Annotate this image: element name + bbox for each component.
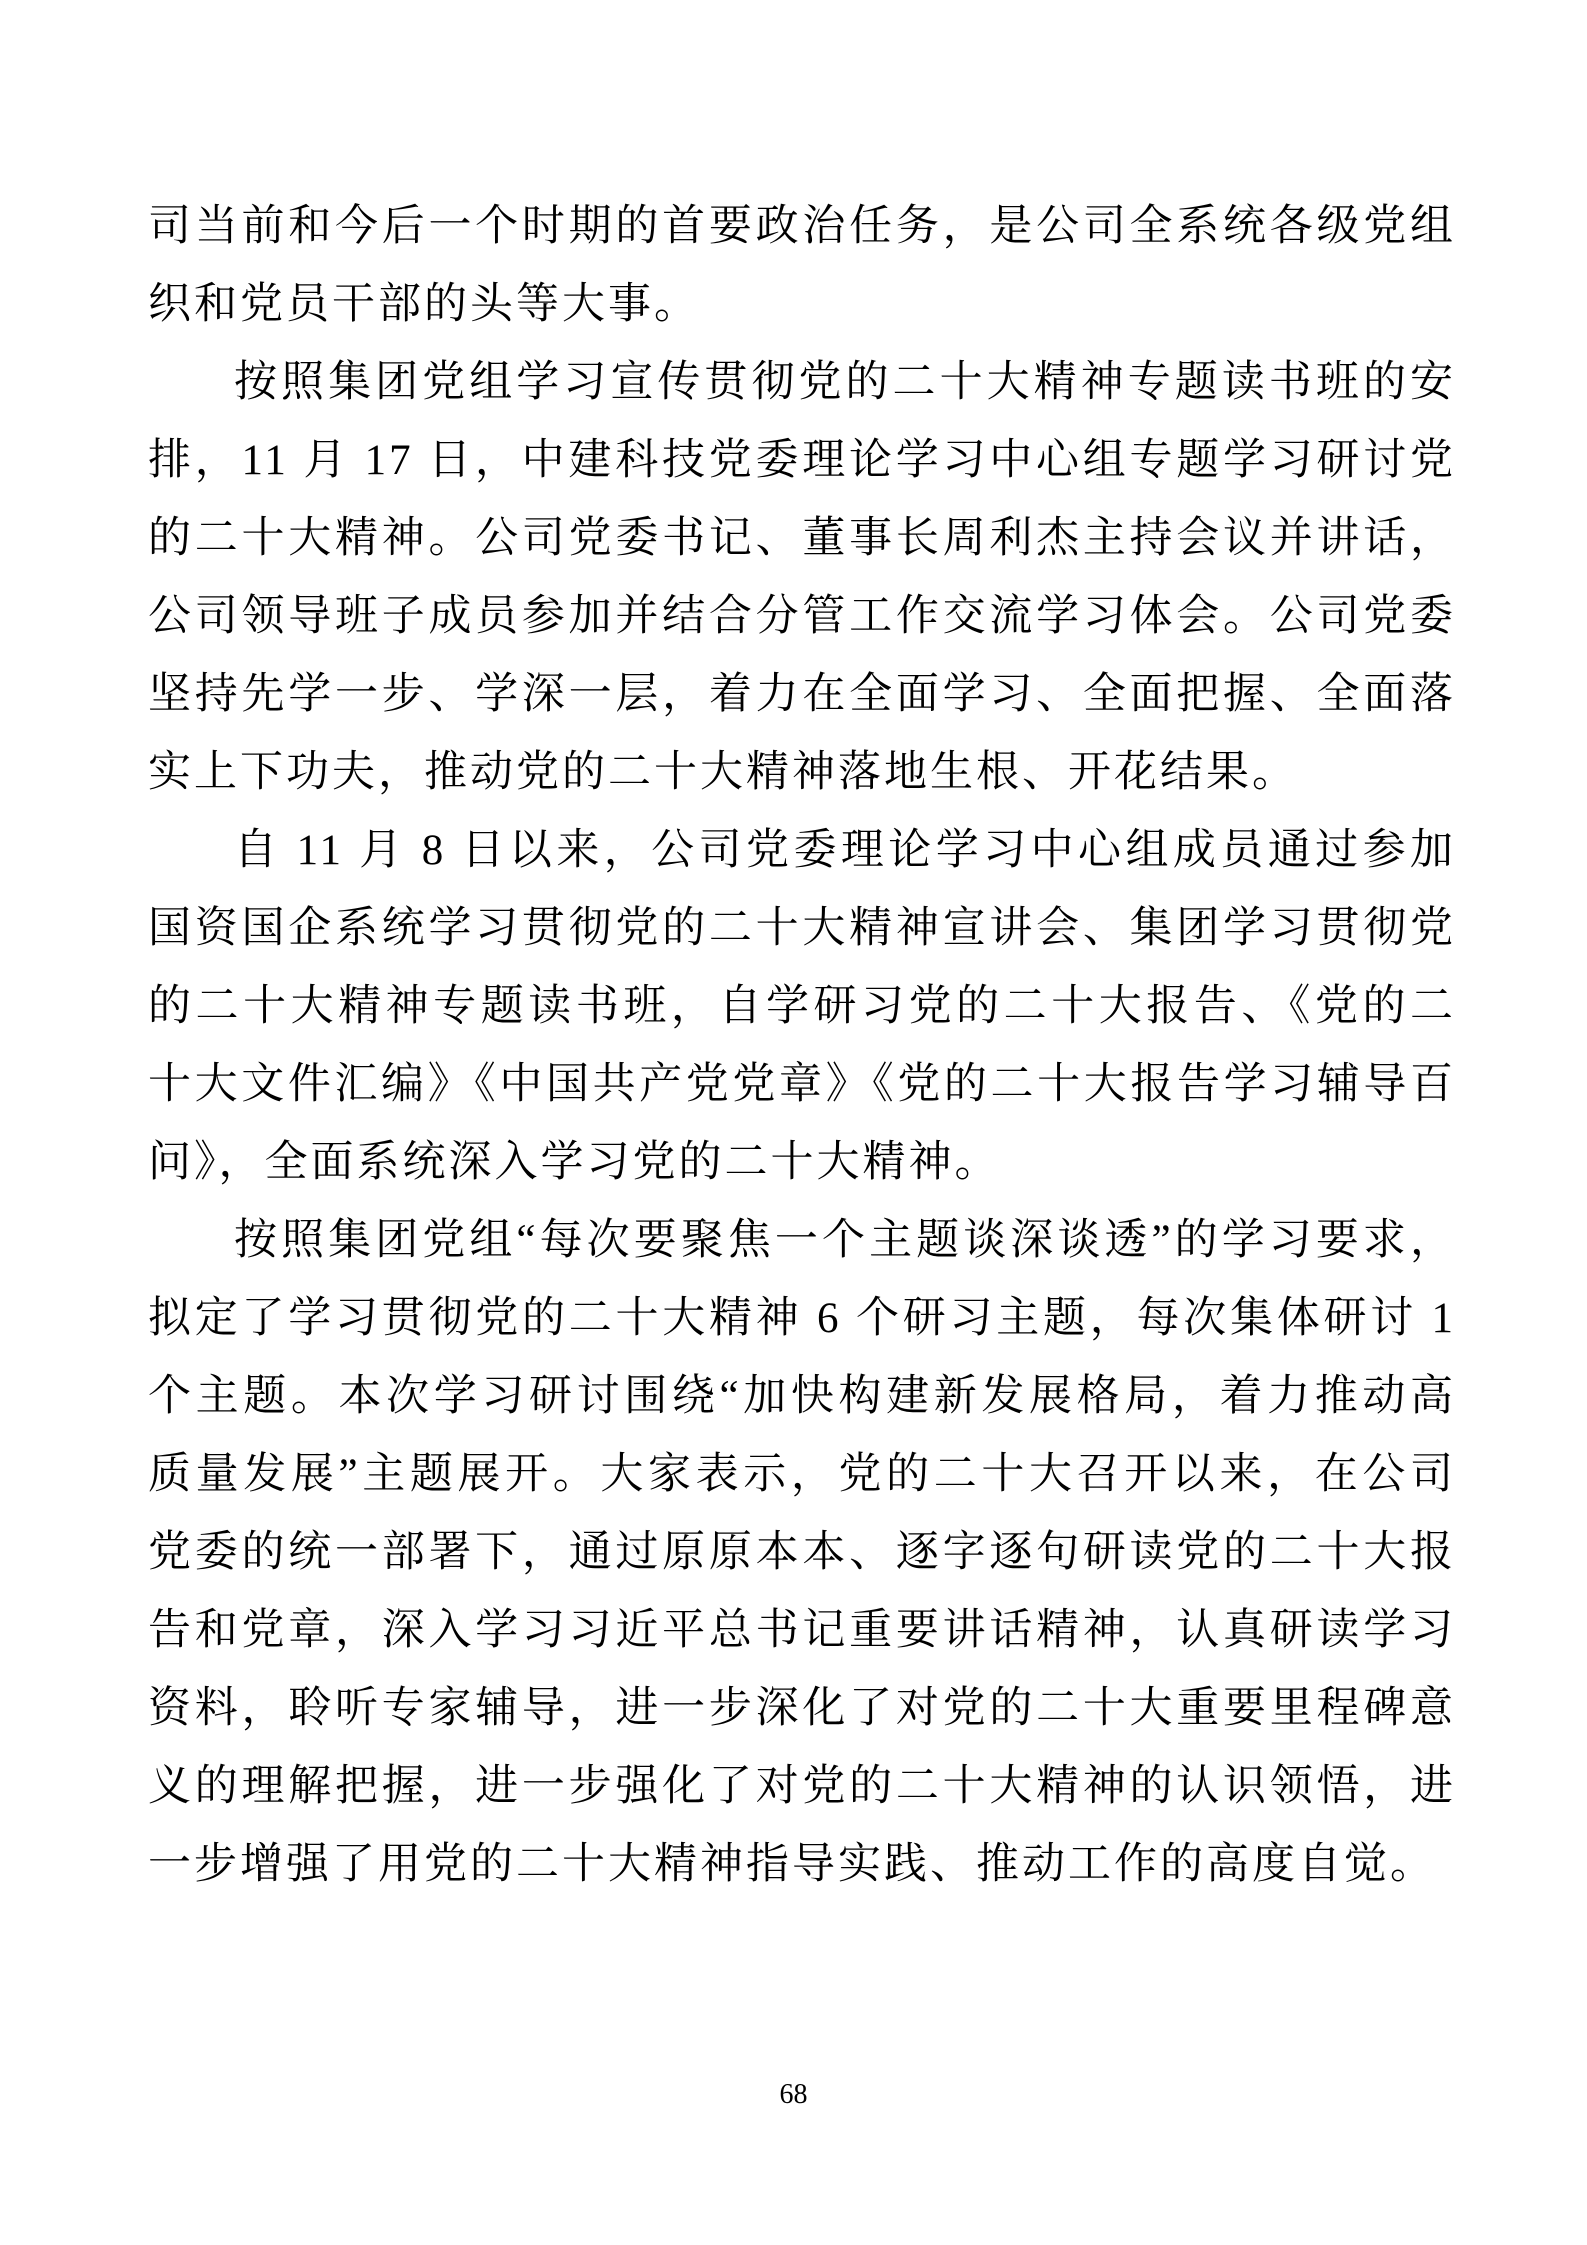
- document-body: 司当前和今后一个时期的首要政治任务，是公司全系统各级党组织和党员干部的头等大事。…: [148, 188, 1456, 1904]
- paragraph-self-study: 自 11 月 8 日以来，公司党委理论学习中心组成员通过参加国资国企系统学习贯彻…: [148, 812, 1456, 1202]
- paragraph-study-session: 按照集团党组学习宣传贯彻党的二十大精神专题读书班的安排，11 月 17 日，中建…: [148, 344, 1456, 812]
- document-page: 司当前和今后一个时期的首要政治任务，是公司全系统各级党组织和党员干部的头等大事。…: [0, 0, 1587, 2245]
- paragraph-continuation: 司当前和今后一个时期的首要政治任务，是公司全系统各级党组织和党员干部的头等大事。: [148, 188, 1456, 344]
- page-number: 68: [0, 2078, 1587, 2112]
- paragraph-themes-discussion: 按照集团党组“每次要聚焦一个主题谈深谈透”的学习要求，拟定了学习贯彻党的二十大精…: [148, 1202, 1456, 1904]
